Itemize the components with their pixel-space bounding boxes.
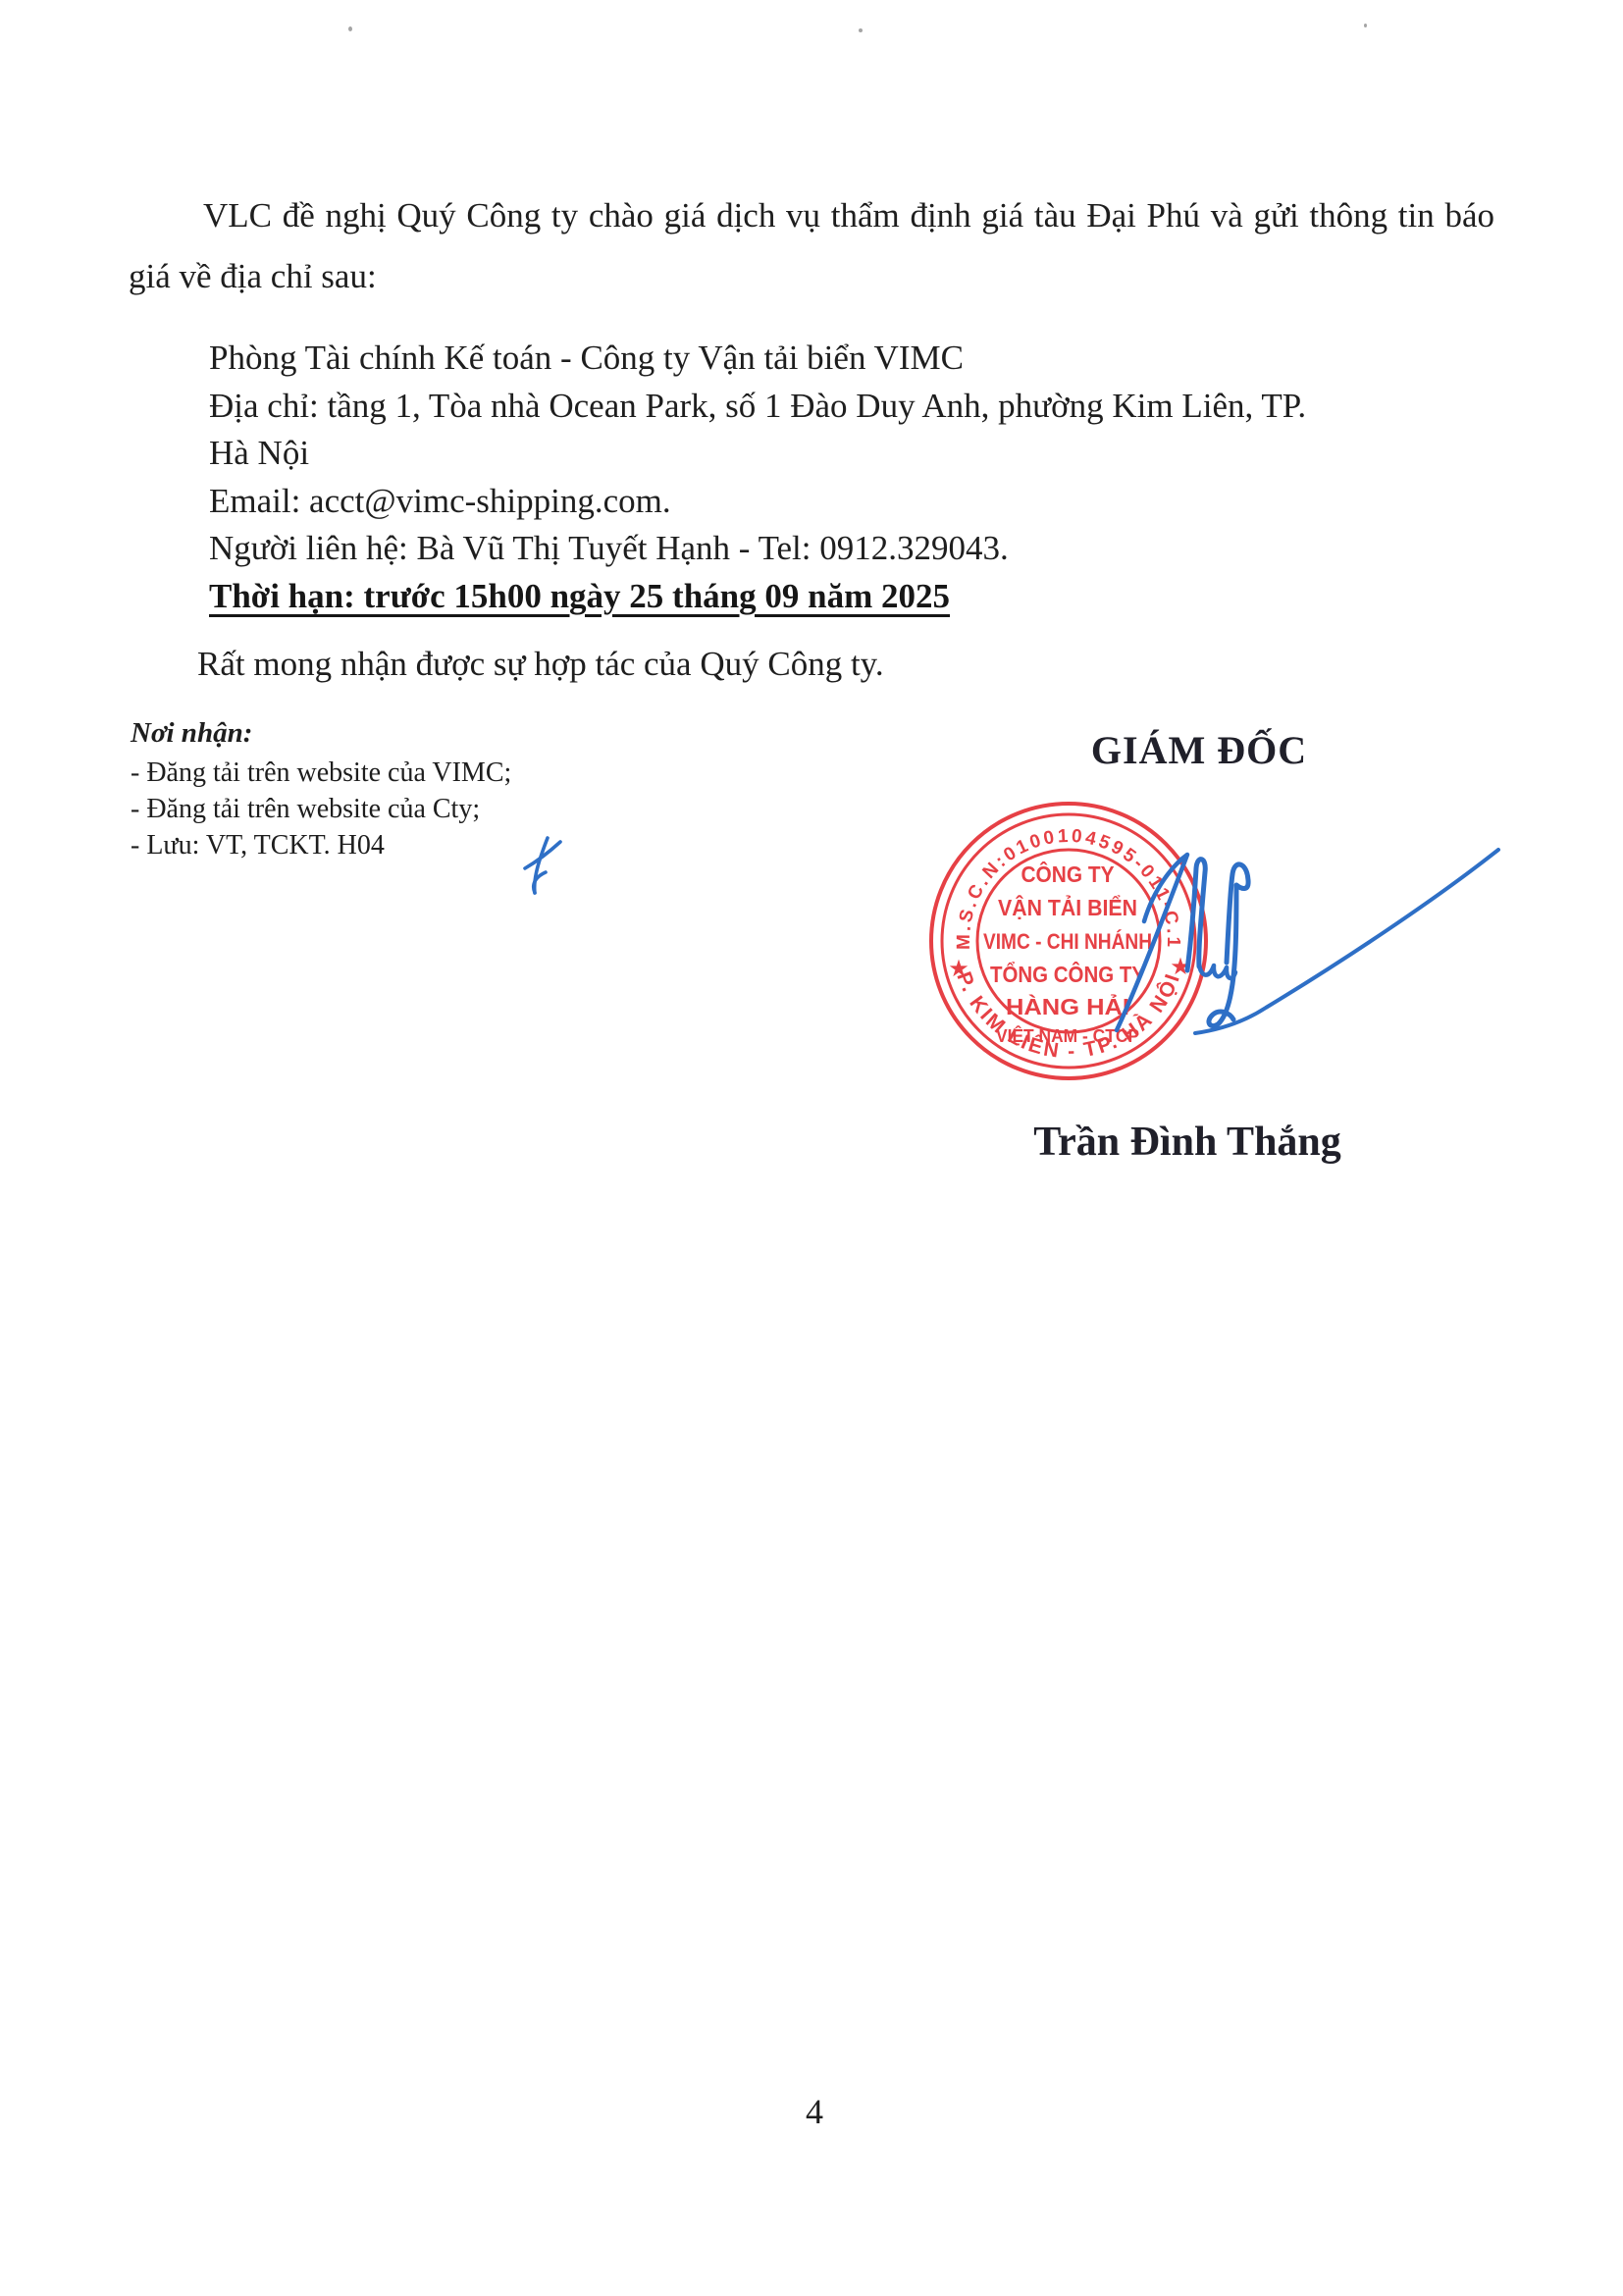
signature-stroke	[1199, 965, 1235, 978]
approval-paraph-ink	[517, 834, 564, 899]
letter-page: VLC đề nghị Quý Công ty chào giá dịch vụ…	[0, 0, 1623, 2296]
star-icon-left: ★	[948, 956, 969, 982]
scan-speck	[1364, 24, 1367, 27]
contact-line-email: Email: acct@vimc-shipping.com.	[209, 478, 1494, 526]
scan-speck	[348, 26, 352, 31]
contact-line-department: Phòng Tài chính Kế toán - Công ty Vận tả…	[209, 335, 1494, 383]
deadline-line: Thời hạn: trước 15h00 ngày 25 tháng 09 n…	[209, 573, 1494, 621]
signature-stroke	[1187, 860, 1205, 970]
closing-line: Rất mong nhận được sự hợp tác của Quý Cô…	[197, 645, 884, 684]
scan-speck	[859, 28, 863, 32]
signer-name: Trần Đình Thắng	[991, 1119, 1384, 1166]
contact-line-address: Địa chỉ: tầng 1, Tòa nhà Ocean Park, số …	[209, 383, 1494, 431]
intro-paragraph: VLC đề nghị Quý Công ty chào giá dịch vụ…	[129, 185, 1494, 307]
contact-block: Phòng Tài chính Kế toán - Công ty Vận tả…	[209, 335, 1494, 620]
signature-stroke	[1209, 864, 1248, 1026]
recipient-item: - Đăng tải trên website của Cty;	[131, 791, 511, 827]
recipient-item: - Lưu: VT, TCKT. H04	[131, 827, 511, 863]
page-number: 4	[0, 2091, 1623, 2132]
recipients-heading: Nơi nhận:	[131, 717, 511, 750]
recipient-item: - Đăng tải trên website của VIMC;	[131, 755, 511, 791]
recipients-block: Nơi nhận: - Đăng tải trên website của VI…	[131, 717, 511, 863]
paraph-stroke	[535, 838, 548, 893]
contact-line-person: Người liên hệ: Bà Vũ Thị Tuyết Hạnh - Te…	[209, 525, 1494, 573]
paraph-stroke	[525, 842, 560, 868]
signature-stroke	[1117, 855, 1187, 1030]
contact-line-city: Hà Nội	[209, 430, 1494, 478]
signature-flourish	[1195, 850, 1498, 1033]
director-title: GIÁM ĐỐC	[1003, 727, 1395, 773]
signature-ink	[1097, 827, 1529, 1043]
